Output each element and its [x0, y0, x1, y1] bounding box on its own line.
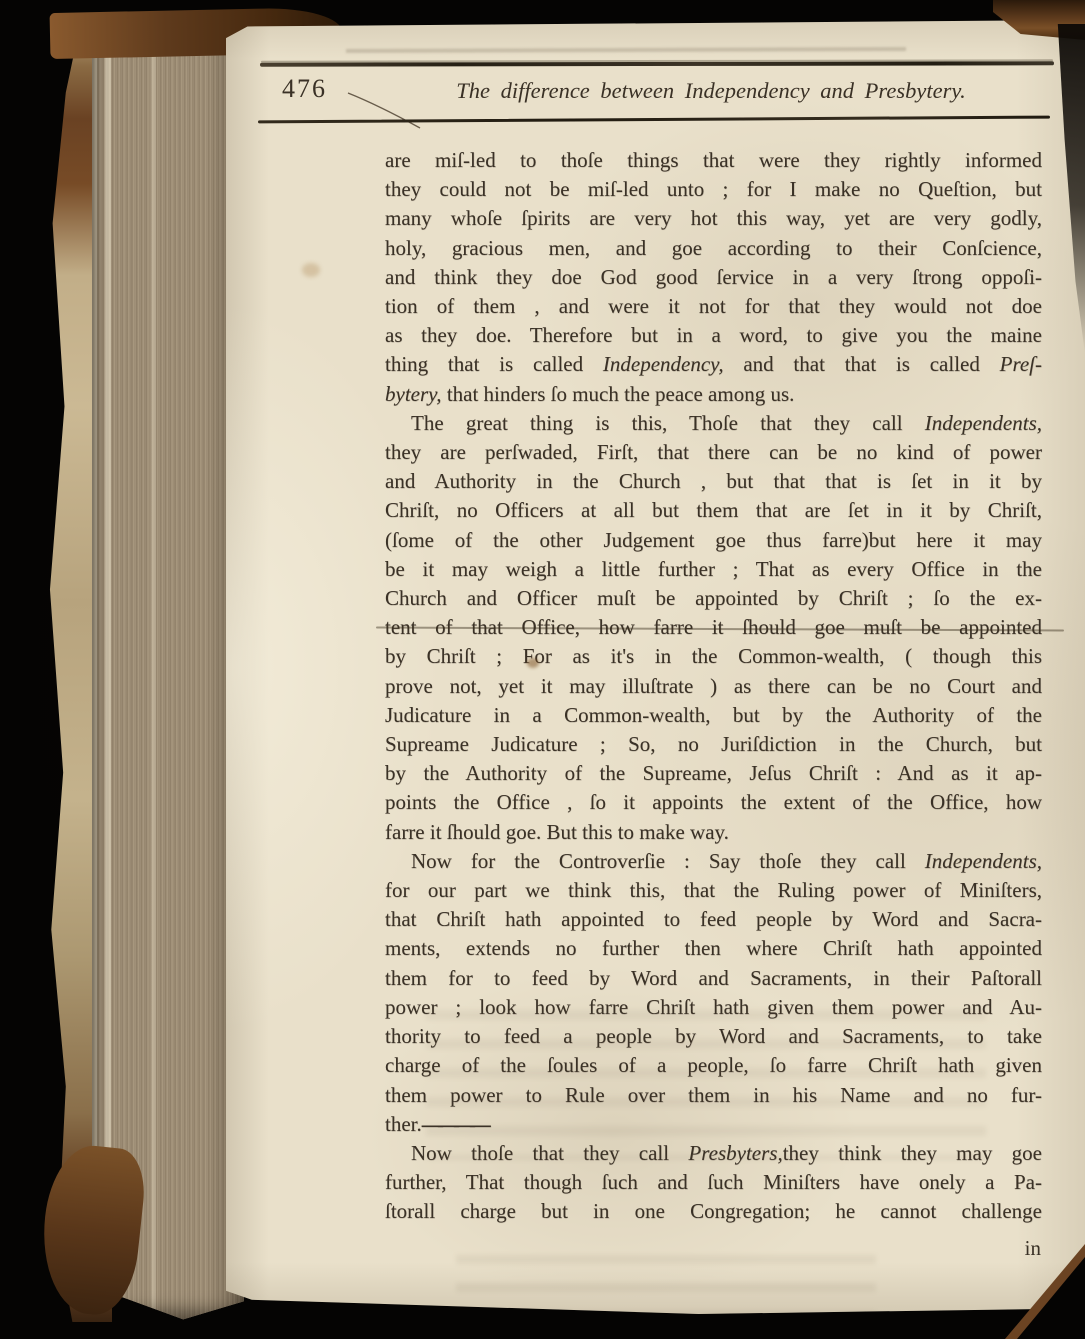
text-line: them for to feed by Word and Sacraments,… — [385, 964, 1042, 993]
catchword: in — [1025, 1236, 1041, 1261]
text-line: Judicature in a Common-wealth, but by th… — [385, 701, 1042, 730]
text-line: ments, extends no further then where Chr… — [385, 934, 1042, 963]
text-line: be it may weigh a little further ; That … — [385, 555, 1042, 584]
show-through-ghost-text — [456, 1255, 876, 1315]
text-line: ſtorall charge but in one Congregation; … — [385, 1197, 1042, 1226]
text-line: further, That though ſuch and ſuch Miniſ… — [385, 1168, 1042, 1197]
page-number: 476 — [282, 74, 327, 104]
text-line: tion of them , and were it not for that … — [385, 292, 1042, 321]
show-through-ghost-text — [426, 1010, 986, 1160]
text-line: points the Office , ſo it appoints the e… — [385, 788, 1042, 817]
text-line: Church and Officer muſt be appointed by … — [385, 584, 1042, 613]
book-page: 476 The difference between Independency … — [226, 20, 1085, 1314]
text-line: Chriſt, no Officers at all but them that… — [385, 496, 1042, 525]
text-line: thing that is called Independency, and t… — [385, 350, 1042, 379]
text-line: and Authority in the Church , but that t… — [385, 467, 1042, 496]
header-rule-top — [260, 61, 1054, 66]
text-line: Supreame Judicature ; So, no Juriſdictio… — [385, 730, 1042, 759]
stain-mark — [302, 263, 320, 277]
pen-stroke-mark — [338, 83, 438, 143]
text-line: prove not, yet it may illuſtrate ) as th… — [385, 672, 1042, 701]
text-line: Now for the Controverſie : Say thoſe the… — [385, 847, 1042, 876]
smudge-mark — [346, 47, 906, 53]
stain-mark — [527, 658, 539, 668]
text-line: The great thing is this, Thoſe that they… — [385, 409, 1042, 438]
text-line: are miſ-led to thoſe things that were th… — [385, 146, 1042, 175]
text-line: for our part we think this, that the Rul… — [385, 876, 1042, 905]
text-line: by Chriſt ; For as it's in the Common-we… — [385, 642, 1042, 671]
text-line: they are perſwaded, Firſt, that there ca… — [385, 438, 1042, 467]
text-line: farre it ſhould goe. But this to make wa… — [385, 818, 1042, 847]
text-line: they could not be miſ-led unto ; for I m… — [385, 175, 1042, 204]
text-line: (ſome of the other Judgement goe thus fa… — [385, 526, 1042, 555]
page-stack-fore-edge — [92, 26, 244, 1322]
text-line: bytery, that hinders ſo much the peace a… — [385, 380, 1042, 409]
photo-background: 476 The difference between Independency … — [0, 0, 1085, 1339]
text-line: that Chriſt hath appointed to feed peopl… — [385, 905, 1042, 934]
text-line: as they doe. Therefore but in a word, to… — [385, 321, 1042, 350]
running-title: The difference between Independency and … — [386, 78, 1036, 104]
text-line: holy, gracious men, and goe according to… — [385, 234, 1042, 263]
text-line: many whoſe ſpirits are very hot this way… — [385, 204, 1042, 233]
text-line: by the Authority of the Supreame, Jeſus … — [385, 759, 1042, 788]
text-line: and think they doe God good ſervice in a… — [385, 263, 1042, 292]
